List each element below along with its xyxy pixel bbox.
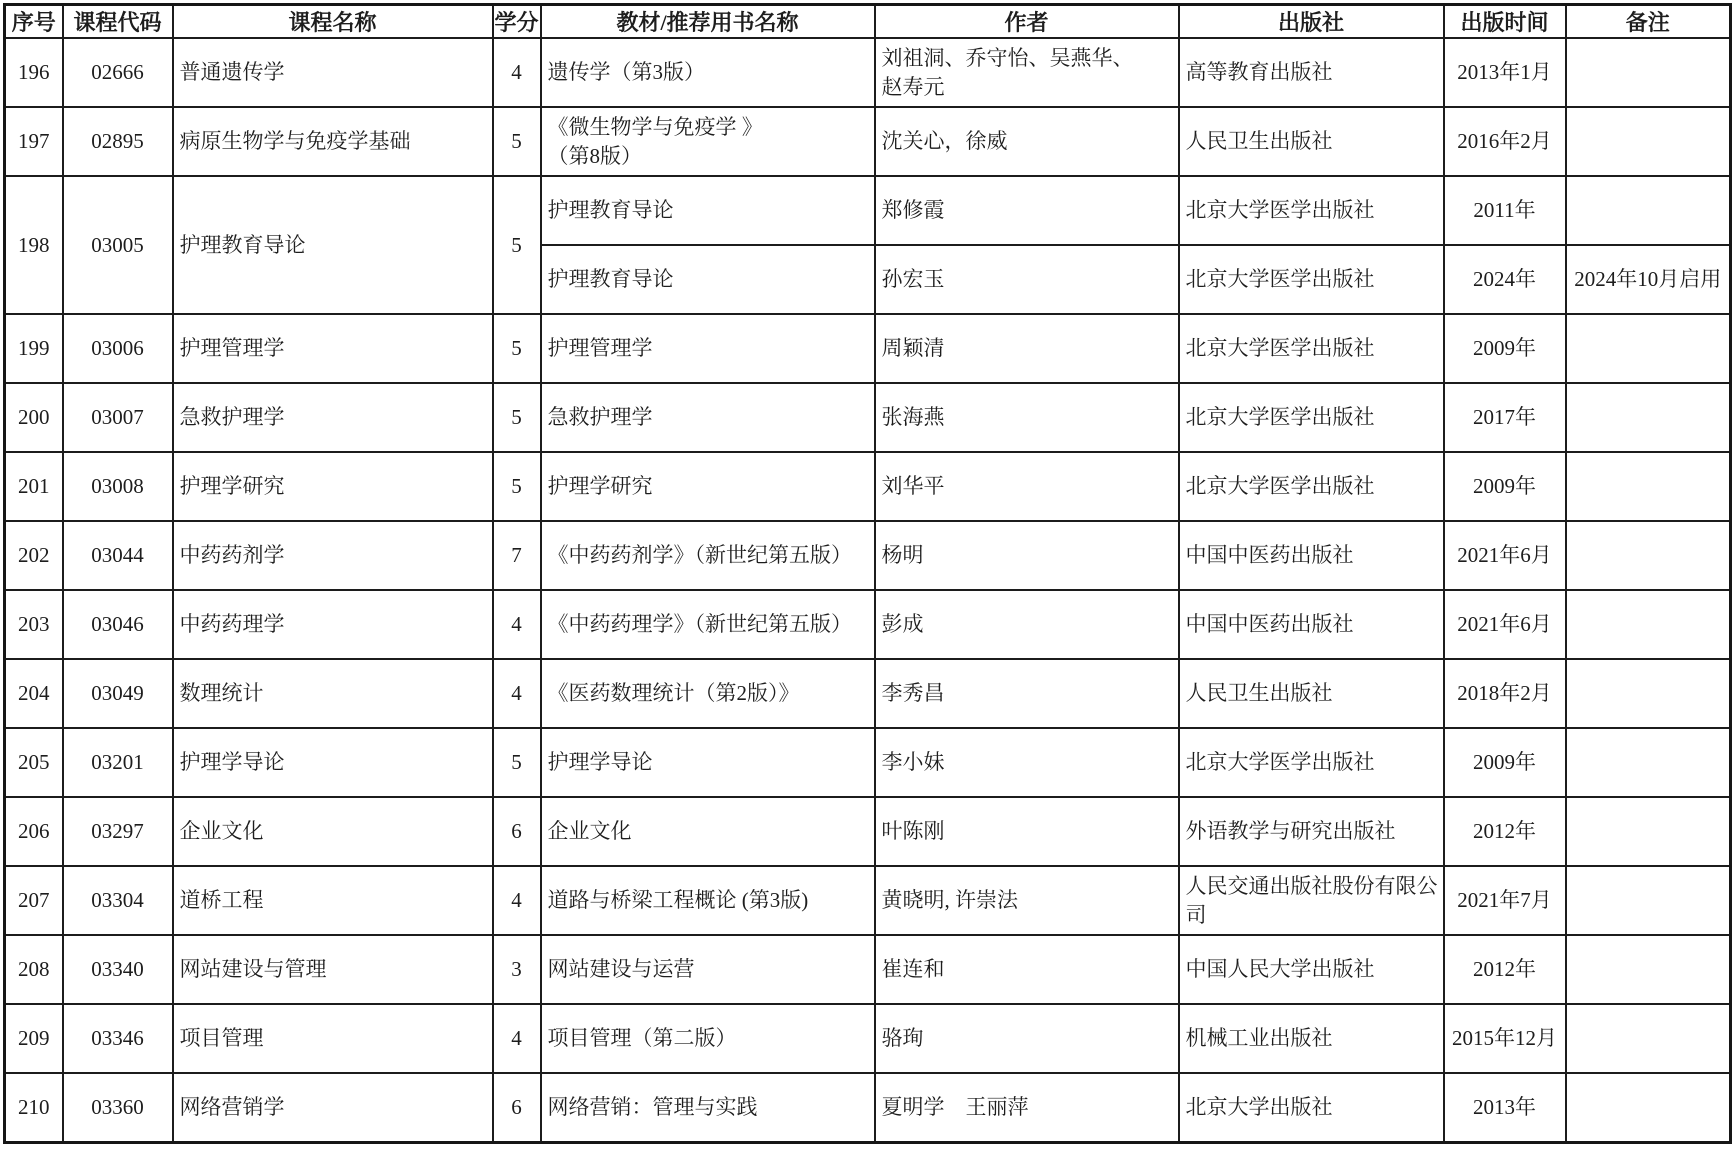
header-no: 序号 xyxy=(5,5,63,39)
cell-author: 骆珣 xyxy=(875,1004,1179,1073)
cell-no: 206 xyxy=(5,797,63,866)
cell-pub-date: 2013年1月 xyxy=(1444,38,1566,107)
cell-course-name: 护理管理学 xyxy=(173,314,493,383)
table-row: 20503201护理学导论5护理学导论李小妹北京大学医学出版社2009年 xyxy=(5,728,1731,797)
cell-book-title: 项目管理（第二版） xyxy=(541,1004,875,1073)
cell-publisher: 北京大学医学出版社 xyxy=(1179,452,1444,521)
cell-no: 201 xyxy=(5,452,63,521)
cell-course-name: 病原生物学与免疫学基础 xyxy=(173,107,493,176)
cell-credits: 5 xyxy=(493,314,541,383)
cell-note xyxy=(1566,521,1731,590)
cell-note xyxy=(1566,728,1731,797)
table-row: 20803340网站建设与管理3网站建设与运营崔连和中国人民大学出版社2012年 xyxy=(5,935,1731,1004)
cell-course-name: 护理学研究 xyxy=(173,452,493,521)
cell-author: 李小妹 xyxy=(875,728,1179,797)
table-row: 20903346项目管理4项目管理（第二版）骆珣机械工业出版社2015年12月 xyxy=(5,1004,1731,1073)
cell-author: 彭成 xyxy=(875,590,1179,659)
cell-code: 03304 xyxy=(63,866,173,935)
cell-note xyxy=(1566,590,1731,659)
cell-course-name: 网站建设与管理 xyxy=(173,935,493,1004)
cell-publisher: 中国中医药出版社 xyxy=(1179,521,1444,590)
course-textbook-table: 序号 课程代码 课程名称 学分 教材/推荐用书名称 作者 出版社 出版时间 备注… xyxy=(3,3,1732,1144)
cell-course-name: 网络营销学 xyxy=(173,1073,493,1142)
cell-author: 沈关心，徐威 xyxy=(875,107,1179,176)
cell-credits: 4 xyxy=(493,38,541,107)
cell-course-name: 护理教育导论 xyxy=(173,176,493,314)
cell-code: 03008 xyxy=(63,452,173,521)
header-code: 课程代码 xyxy=(63,5,173,39)
cell-code: 03005 xyxy=(63,176,173,314)
cell-book-title: 护理管理学 xyxy=(541,314,875,383)
table-body: 19602666普通遗传学4遗传学（第3版）刘祖洞、乔守怡、吴燕华、赵寿元高等教… xyxy=(5,38,1731,1142)
header-author: 作者 xyxy=(875,5,1179,39)
cell-no: 203 xyxy=(5,590,63,659)
cell-credits: 4 xyxy=(493,659,541,728)
table-row: 20703304道桥工程4道路与桥梁工程概论 (第3版)黄晓明, 许崇法人民交通… xyxy=(5,866,1731,935)
cell-no: 200 xyxy=(5,383,63,452)
cell-credits: 6 xyxy=(493,797,541,866)
cell-code: 03046 xyxy=(63,590,173,659)
cell-no: 197 xyxy=(5,107,63,176)
cell-code: 03044 xyxy=(63,521,173,590)
header-credits: 学分 xyxy=(493,5,541,39)
table-row: 21003360网络营销学6网络营销：管理与实践夏明学 王丽萍北京大学出版社20… xyxy=(5,1073,1731,1142)
table-row: 20603297企业文化6企业文化叶陈刚外语教学与研究出版社2012年 xyxy=(5,797,1731,866)
cell-course-name: 急救护理学 xyxy=(173,383,493,452)
cell-credits: 4 xyxy=(493,1004,541,1073)
table-row: 20303046中药药理学4《中药药理学》（新世纪第五版）彭成中国中医药出版社2… xyxy=(5,590,1731,659)
cell-note xyxy=(1566,107,1731,176)
cell-course-name: 项目管理 xyxy=(173,1004,493,1073)
cell-author: 李秀昌 xyxy=(875,659,1179,728)
cell-publisher: 北京大学医学出版社 xyxy=(1179,728,1444,797)
cell-credits: 7 xyxy=(493,521,541,590)
cell-pub-date: 2016年2月 xyxy=(1444,107,1566,176)
cell-code: 03007 xyxy=(63,383,173,452)
cell-code: 03201 xyxy=(63,728,173,797)
cell-no: 196 xyxy=(5,38,63,107)
cell-no: 208 xyxy=(5,935,63,1004)
cell-publisher: 北京大学医学出版社 xyxy=(1179,314,1444,383)
cell-author: 郑修霞 xyxy=(875,176,1179,245)
cell-pub-date: 2012年 xyxy=(1444,797,1566,866)
cell-publisher: 北京大学医学出版社 xyxy=(1179,176,1444,245)
cell-note: 2024年10月启用 xyxy=(1566,245,1731,314)
cell-author: 周颖清 xyxy=(875,314,1179,383)
cell-author: 叶陈刚 xyxy=(875,797,1179,866)
header-title: 教材/推荐用书名称 xyxy=(541,5,875,39)
cell-no: 210 xyxy=(5,1073,63,1142)
cell-publisher: 北京大学出版社 xyxy=(1179,1073,1444,1142)
cell-publisher: 中国人民大学出版社 xyxy=(1179,935,1444,1004)
cell-code: 02895 xyxy=(63,107,173,176)
table-row: 19602666普通遗传学4遗传学（第3版）刘祖洞、乔守怡、吴燕华、赵寿元高等教… xyxy=(5,38,1731,107)
table-row: 20103008护理学研究5护理学研究刘华平北京大学医学出版社2009年 xyxy=(5,452,1731,521)
cell-pub-date: 2017年 xyxy=(1444,383,1566,452)
cell-publisher: 外语教学与研究出版社 xyxy=(1179,797,1444,866)
cell-book-title: 护理学导论 xyxy=(541,728,875,797)
cell-code: 03006 xyxy=(63,314,173,383)
cell-book-title: 护理学研究 xyxy=(541,452,875,521)
cell-note xyxy=(1566,797,1731,866)
cell-book-title: 《中药药剂学》（新世纪第五版） xyxy=(541,521,875,590)
cell-pub-date: 2024年 xyxy=(1444,245,1566,314)
cell-code: 03049 xyxy=(63,659,173,728)
table-header-row: 序号 课程代码 课程名称 学分 教材/推荐用书名称 作者 出版社 出版时间 备注 xyxy=(5,5,1731,39)
table-row: 19803005护理教育导论5护理教育导论郑修霞北京大学医学出版社2011年 xyxy=(5,176,1731,245)
cell-pub-date: 2013年 xyxy=(1444,1073,1566,1142)
header-course: 课程名称 xyxy=(173,5,493,39)
cell-book-title: 道路与桥梁工程概论 (第3版) xyxy=(541,866,875,935)
cell-credits: 5 xyxy=(493,728,541,797)
cell-credits: 3 xyxy=(493,935,541,1004)
cell-no: 199 xyxy=(5,314,63,383)
cell-note xyxy=(1566,1004,1731,1073)
cell-book-title: 遗传学（第3版） xyxy=(541,38,875,107)
cell-author: 杨明 xyxy=(875,521,1179,590)
cell-no: 207 xyxy=(5,866,63,935)
cell-publisher: 北京大学医学出版社 xyxy=(1179,245,1444,314)
cell-pub-date: 2011年 xyxy=(1444,176,1566,245)
cell-credits: 5 xyxy=(493,176,541,314)
cell-code: 03297 xyxy=(63,797,173,866)
table-row: 19903006护理管理学5护理管理学周颖清北京大学医学出版社2009年 xyxy=(5,314,1731,383)
cell-no: 198 xyxy=(5,176,63,314)
cell-pub-date: 2015年12月 xyxy=(1444,1004,1566,1073)
cell-pub-date: 2009年 xyxy=(1444,314,1566,383)
cell-course-name: 企业文化 xyxy=(173,797,493,866)
table-row: 20403049数理统计4《医药数理统计（第2版）》李秀昌人民卫生出版社2018… xyxy=(5,659,1731,728)
cell-note xyxy=(1566,659,1731,728)
cell-book-title: 《医药数理统计（第2版）》 xyxy=(541,659,875,728)
cell-course-name: 护理学导论 xyxy=(173,728,493,797)
header-note: 备注 xyxy=(1566,5,1731,39)
cell-author: 夏明学 王丽萍 xyxy=(875,1073,1179,1142)
cell-book-title: 《微生物学与免疫学 》 （第8版） xyxy=(541,107,875,176)
cell-note xyxy=(1566,176,1731,245)
cell-author: 黄晓明, 许崇法 xyxy=(875,866,1179,935)
table-row: 20203044中药药剂学7《中药药剂学》（新世纪第五版）杨明中国中医药出版社2… xyxy=(5,521,1731,590)
cell-no: 205 xyxy=(5,728,63,797)
cell-pub-date: 2009年 xyxy=(1444,728,1566,797)
cell-note xyxy=(1566,1073,1731,1142)
cell-course-name: 数理统计 xyxy=(173,659,493,728)
cell-course-name: 普通遗传学 xyxy=(173,38,493,107)
cell-pub-date: 2012年 xyxy=(1444,935,1566,1004)
cell-pub-date: 2021年6月 xyxy=(1444,590,1566,659)
cell-publisher: 人民交通出版社股份有限公司 xyxy=(1179,866,1444,935)
cell-author: 张海燕 xyxy=(875,383,1179,452)
cell-pub-date: 2018年2月 xyxy=(1444,659,1566,728)
cell-code: 03360 xyxy=(63,1073,173,1142)
cell-course-name: 中药药理学 xyxy=(173,590,493,659)
cell-book-title: 企业文化 xyxy=(541,797,875,866)
cell-no: 202 xyxy=(5,521,63,590)
cell-publisher: 高等教育出版社 xyxy=(1179,38,1444,107)
cell-publisher: 机械工业出版社 xyxy=(1179,1004,1444,1073)
cell-course-name: 道桥工程 xyxy=(173,866,493,935)
cell-book-title: 网络营销：管理与实践 xyxy=(541,1073,875,1142)
cell-code: 03346 xyxy=(63,1004,173,1073)
header-publisher: 出版社 xyxy=(1179,5,1444,39)
table-row: 20003007急救护理学5急救护理学张海燕北京大学医学出版社2017年 xyxy=(5,383,1731,452)
cell-note xyxy=(1566,314,1731,383)
cell-credits: 4 xyxy=(493,590,541,659)
cell-note xyxy=(1566,38,1731,107)
cell-no: 209 xyxy=(5,1004,63,1073)
cell-pub-date: 2021年7月 xyxy=(1444,866,1566,935)
cell-note xyxy=(1566,452,1731,521)
cell-credits: 4 xyxy=(493,866,541,935)
cell-book-title: 护理教育导论 xyxy=(541,176,875,245)
cell-credits: 5 xyxy=(493,107,541,176)
cell-author: 刘华平 xyxy=(875,452,1179,521)
cell-book-title: 急救护理学 xyxy=(541,383,875,452)
cell-publisher: 北京大学医学出版社 xyxy=(1179,383,1444,452)
cell-credits: 5 xyxy=(493,383,541,452)
cell-book-title: 网站建设与运营 xyxy=(541,935,875,1004)
cell-author: 孙宏玉 xyxy=(875,245,1179,314)
cell-pub-date: 2021年6月 xyxy=(1444,521,1566,590)
cell-course-name: 中药药剂学 xyxy=(173,521,493,590)
cell-publisher: 人民卫生出版社 xyxy=(1179,659,1444,728)
cell-pub-date: 2009年 xyxy=(1444,452,1566,521)
cell-author: 崔连和 xyxy=(875,935,1179,1004)
cell-publisher: 人民卫生出版社 xyxy=(1179,107,1444,176)
cell-book-title: 《中药药理学》（新世纪第五版） xyxy=(541,590,875,659)
table-row: 19702895病原生物学与免疫学基础5《微生物学与免疫学 》 （第8版）沈关心… xyxy=(5,107,1731,176)
cell-note xyxy=(1566,383,1731,452)
cell-credits: 6 xyxy=(493,1073,541,1142)
cell-credits: 5 xyxy=(493,452,541,521)
cell-publisher: 中国中医药出版社 xyxy=(1179,590,1444,659)
cell-code: 02666 xyxy=(63,38,173,107)
cell-code: 03340 xyxy=(63,935,173,1004)
cell-book-title: 护理教育导论 xyxy=(541,245,875,314)
cell-note xyxy=(1566,935,1731,1004)
cell-author: 刘祖洞、乔守怡、吴燕华、赵寿元 xyxy=(875,38,1179,107)
cell-no: 204 xyxy=(5,659,63,728)
header-pub-date: 出版时间 xyxy=(1444,5,1566,39)
cell-note xyxy=(1566,866,1731,935)
